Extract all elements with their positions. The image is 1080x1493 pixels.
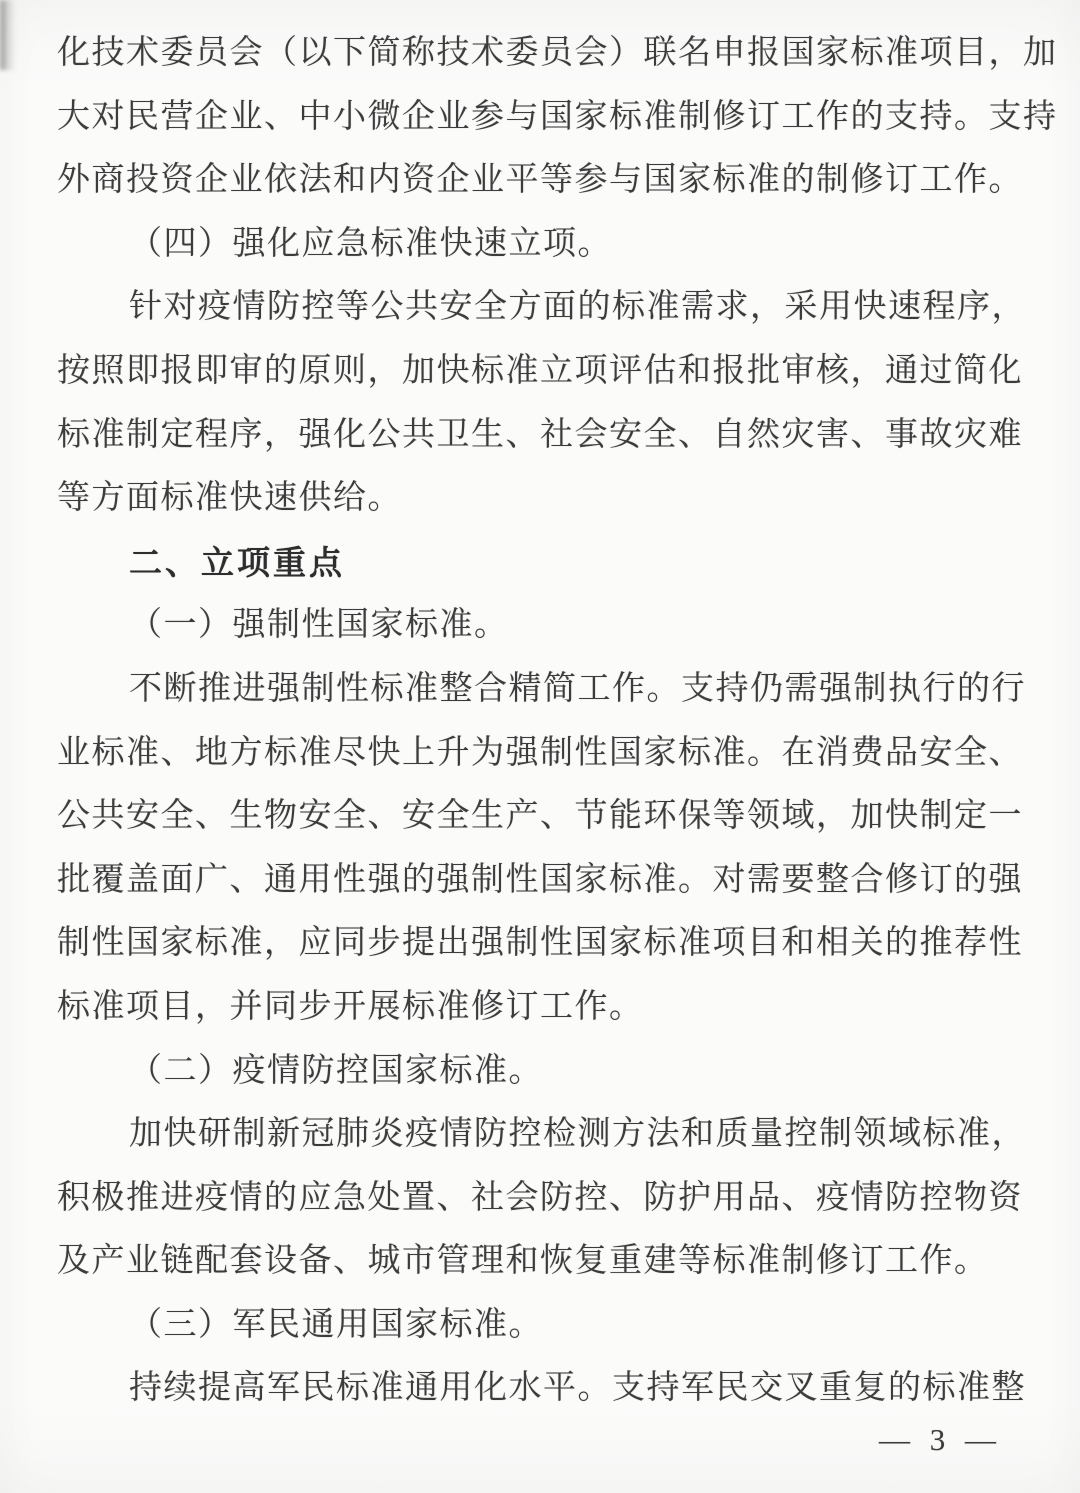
text-line: 积极推进疫情的应急处置、社会防控、防护用品、疫情防控物资: [57, 1167, 1014, 1231]
text-line: （四）强化应急标准快速立项。: [57, 213, 1014, 277]
text-line: 制性国家标准，应同步提出强制性国家标准项目和相关的推荐性: [57, 912, 1014, 976]
page-number: — 3 —: [879, 1422, 1002, 1458]
text-line: 大对民营企业、中小微企业参与国家标准制修订工作的支持。支持: [57, 86, 1014, 150]
text-line: 批覆盖面广、通用性强的强制性国家标准。对需要整合修订的强: [57, 849, 1014, 913]
text-line: 业标准、地方标准尽快上升为强制性国家标准。在消费品安全、: [57, 722, 1014, 786]
section-heading: 二、立项重点: [57, 531, 1014, 595]
document-page: 化技术委员会（以下简称技术委员会）联名申报国家标准项目，加大对民营企业、中小微企…: [0, 0, 1080, 1493]
text-line: 标准制定程序，强化公共卫生、社会安全、自然灾害、事故灾难: [57, 404, 1014, 468]
text-line: （三）军民通用国家标准。: [57, 1294, 1014, 1358]
text-line: 等方面标准快速供给。: [57, 467, 1014, 531]
text-line: 持续提高军民标准通用化水平。支持军民交叉重复的标准整: [57, 1357, 1014, 1421]
text-line: 按照即报即审的原则，加快标准立项评估和报批审核，通过简化: [57, 340, 1014, 404]
text-line: 外商投资企业依法和内资企业平等参与国家标准的制修订工作。: [57, 149, 1014, 213]
document-body: 化技术委员会（以下简称技术委员会）联名申报国家标准项目，加大对民营企业、中小微企…: [57, 22, 1014, 1421]
text-line: （一）强制性国家标准。: [57, 594, 1014, 658]
text-line: 加快研制新冠肺炎疫情防控检测方法和质量控制领域标准，: [57, 1103, 1014, 1167]
text-line: 及产业链配套设备、城市管理和恢复重建等标准制修订工作。: [57, 1230, 1014, 1294]
text-line: 针对疫情防控等公共安全方面的标准需求，采用快速程序，: [57, 276, 1014, 340]
text-line: 不断推进强制性标准整合精简工作。支持仍需强制执行的行: [57, 658, 1014, 722]
text-line: 化技术委员会（以下简称技术委员会）联名申报国家标准项目，加: [57, 22, 1014, 86]
text-line: 标准项目，并同步开展标准修订工作。: [57, 976, 1014, 1040]
scan-edge-artifact: [0, 0, 16, 70]
text-line: （二）疫情防控国家标准。: [57, 1040, 1014, 1104]
text-line: 公共安全、生物安全、安全生产、节能环保等领域，加快制定一: [57, 785, 1014, 849]
